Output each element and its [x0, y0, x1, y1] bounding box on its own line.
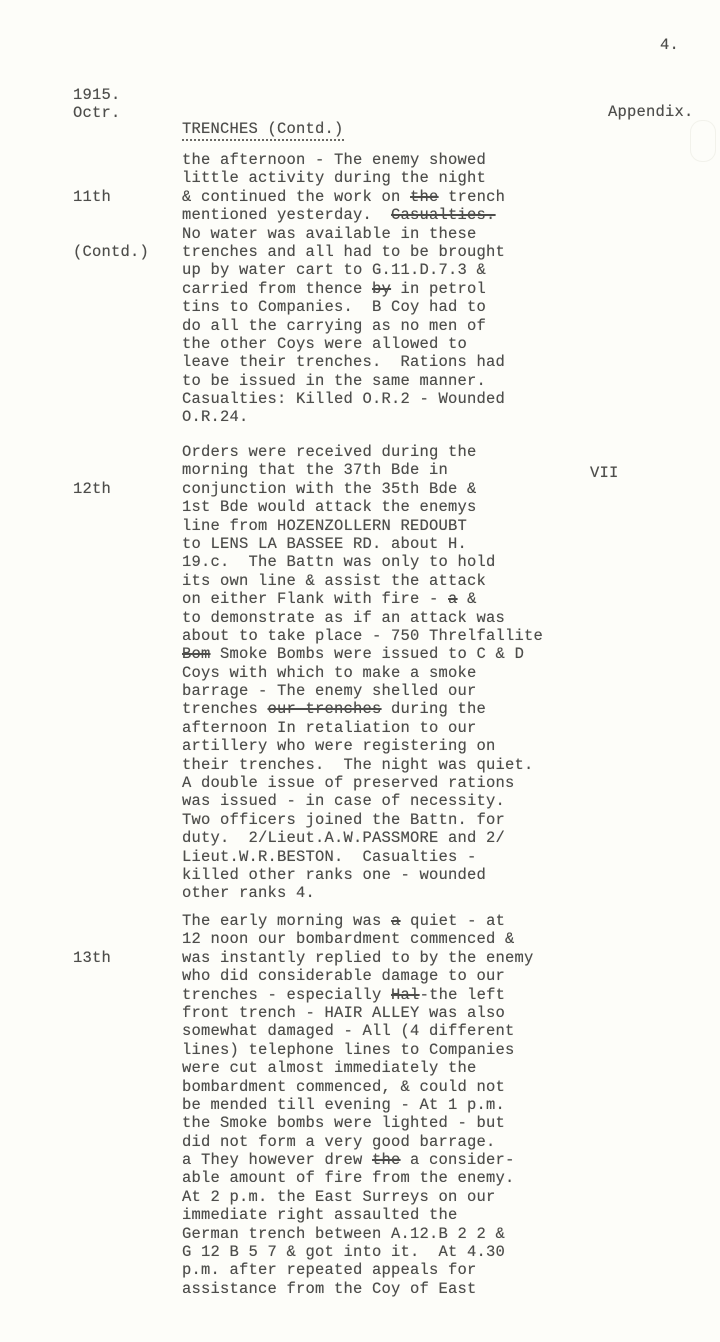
struck-text: Casualties.	[391, 206, 496, 224]
struck-text: a	[448, 590, 458, 608]
text-segment: the Smoke bombs were lighted - but	[182, 1114, 505, 1132]
text-segment: Two officers joined the Battn. for	[182, 811, 505, 829]
text-segment: morning that the 37th Bde in	[182, 461, 448, 479]
text-segment: line from HOZENZOLLERN REDOUBT	[182, 517, 467, 535]
text-line: able amount of fire from the enemy.	[182, 1169, 534, 1187]
text-line: assistance from the Coy of East	[182, 1280, 534, 1298]
text-line: to be issued in the same manner.	[182, 372, 505, 390]
text-segment: duty. 2/Lieut.A.W.PASSMORE and 2/	[182, 829, 505, 847]
text-segment: killed other ranks one - wounded	[182, 866, 486, 884]
text-segment: 12 noon our bombardment commenced &	[182, 930, 515, 948]
text-segment: in petrol	[391, 280, 486, 298]
page-number: 4.	[660, 36, 679, 54]
text-segment: A double issue of preserved rations	[182, 774, 515, 792]
text-segment: 1st Bde would attack the enemys	[182, 498, 477, 516]
struck-text: a	[391, 912, 401, 930]
text-line: tins to Companies. B Coy had to	[182, 298, 505, 316]
text-line: & continued the work on the trench	[182, 188, 505, 206]
text-line: German trench between A.12.B 2 2 &	[182, 1225, 534, 1243]
text-line: its own line & assist the attack	[182, 572, 543, 590]
section-title: TRENCHES (Contd.)	[182, 120, 344, 141]
text-line: Bom Smoke Bombs were issued to C & D	[182, 645, 543, 663]
text-line: Lieut.W.R.BESTON. Casualties -	[182, 848, 543, 866]
text-segment: to LENS LA BASSEE RD. about H.	[182, 535, 467, 553]
struck-text: Hal	[391, 986, 420, 1004]
text-line: front trench - HAIR ALLEY was also	[182, 1004, 534, 1022]
text-line: duty. 2/Lieut.A.W.PASSMORE and 2/	[182, 829, 543, 847]
text-line: 19.c. The Battn was only to hold	[182, 553, 543, 571]
text-segment: the other Coys were allowed to	[182, 335, 467, 353]
text-line: immediate right assaulted the	[182, 1206, 534, 1224]
text-segment: front trench - HAIR ALLEY was also	[182, 1004, 505, 1022]
text-segment: Smoke Bombs were issued to C & D	[211, 645, 525, 663]
text-line: the afternoon - The enemy showed	[182, 151, 505, 169]
text-segment: p.m. after repeated appeals for	[182, 1261, 477, 1279]
text-segment: -the left	[420, 986, 506, 1004]
text-segment: conjunction with the 35th Bde &	[182, 480, 477, 498]
text-line: trenches our trenches during the	[182, 700, 543, 718]
text-line: Orders were received during the	[182, 443, 543, 461]
date-note: (Contd.)	[73, 243, 149, 261]
text-line: 12 noon our bombardment commenced &	[182, 930, 534, 948]
text-segment: the afternoon - The enemy showed	[182, 151, 486, 169]
text-segment: other ranks 4.	[182, 884, 315, 902]
text-line: do all the carrying as no men of	[182, 317, 505, 335]
text-segment: trenches and all had to be brought	[182, 243, 505, 261]
text-line: No water was available in these	[182, 225, 505, 243]
text-segment: mentioned yesterday.	[182, 206, 391, 224]
text-line: morning that the 37th Bde in	[182, 461, 543, 479]
text-segment: were cut almost immediately the	[182, 1059, 477, 1077]
text-segment: No water was available in these	[182, 225, 477, 243]
text-line: A double issue of preserved rations	[182, 774, 543, 792]
text-segment: about to take place - 750 Threlfallite	[182, 627, 543, 645]
text-segment: a They however drew	[182, 1151, 372, 1169]
text-line: other ranks 4.	[182, 884, 543, 902]
text-line: Casualties: Killed O.R.2 - Wounded	[182, 390, 505, 408]
document-page: 4. 1915. Octr. Appendix. TRENCHES (Contd…	[0, 0, 720, 1342]
text-line: little activity during the night	[182, 169, 505, 187]
text-segment: immediate right assaulted the	[182, 1206, 458, 1224]
text-line: killed other ranks one - wounded	[182, 866, 543, 884]
year-label: 1915.	[73, 86, 121, 104]
text-line: afternoon In retaliation to our	[182, 719, 543, 737]
text-line: artillery who were registering on	[182, 737, 543, 755]
text-line: be mended till evening - At 1 p.m.	[182, 1096, 534, 1114]
text-segment: their trenches. The night was quiet.	[182, 756, 534, 774]
text-segment: artillery who were registering on	[182, 737, 496, 755]
text-line: trenches and all had to be brought	[182, 243, 505, 261]
text-segment: At 2 p.m. the East Surreys on our	[182, 1188, 496, 1206]
appendix-column-heading: Appendix.	[608, 103, 694, 121]
text-line: At 2 p.m. the East Surreys on our	[182, 1188, 534, 1206]
text-line: the other Coys were allowed to	[182, 335, 505, 353]
text-segment: carried from thence	[182, 280, 372, 298]
text-segment: did not form a very good barrage.	[182, 1133, 496, 1151]
text-segment: O.R.24.	[182, 408, 249, 426]
text-segment: do all the carrying as no men of	[182, 317, 486, 335]
month-label: Octr.	[73, 104, 121, 122]
entry-body-11th: the afternoon - The enemy showedlittle a…	[182, 151, 505, 427]
text-segment: barrage - The enemy shelled our	[182, 682, 477, 700]
text-segment: tins to Companies. B Coy had to	[182, 298, 486, 316]
text-segment: up by water cart to G.11.D.7.3 &	[182, 261, 486, 279]
text-segment: trenches - especially	[182, 986, 391, 1004]
text-line: were cut almost immediately the	[182, 1059, 534, 1077]
text-line: to LENS LA BASSEE RD. about H.	[182, 535, 543, 553]
text-line: bombardment commenced, & could not	[182, 1078, 534, 1096]
entry-body-12th: Orders were received during themorning t…	[182, 443, 543, 903]
text-line: mentioned yesterday. Casualties.	[182, 206, 505, 224]
text-segment: little activity during the night	[182, 169, 486, 187]
entry-body-13th: The early morning was a quiet - at12 noo…	[182, 912, 534, 1298]
text-segment: Coys with which to make a smoke	[182, 664, 477, 682]
appendix-reference: VII	[590, 464, 619, 482]
text-segment: The early morning was	[182, 912, 391, 930]
text-line: on either Flank with fire - a &	[182, 590, 543, 608]
text-line: p.m. after repeated appeals for	[182, 1261, 534, 1279]
text-segment: to demonstrate as if an attack was	[182, 609, 505, 627]
text-segment: German trench between A.12.B 2 2 &	[182, 1225, 505, 1243]
text-line: was instantly replied to by the enemy	[182, 949, 534, 967]
struck-text: by	[372, 280, 391, 298]
struck-text: the	[372, 1151, 401, 1169]
text-segment: & continued the work on	[182, 188, 410, 206]
text-line: line from HOZENZOLLERN REDOUBT	[182, 517, 543, 535]
text-line: a They however drew the a consider-	[182, 1151, 534, 1169]
struck-text: the	[410, 188, 439, 206]
date-text: 12th	[73, 480, 111, 498]
text-segment: able amount of fire from the enemy.	[182, 1169, 515, 1187]
text-line: conjunction with the 35th Bde &	[182, 480, 543, 498]
text-segment: who did considerable damage to our	[182, 967, 505, 985]
text-line: up by water cart to G.11.D.7.3 &	[182, 261, 505, 279]
text-line: about to take place - 750 Threlfallite	[182, 627, 543, 645]
text-line: 1st Bde would attack the enemys	[182, 498, 543, 516]
text-segment: somewhat damaged - All (4 different	[182, 1022, 515, 1040]
text-segment: trenches	[182, 700, 268, 718]
struck-text: our trenches	[268, 700, 382, 718]
text-segment: bombardment commenced, & could not	[182, 1078, 505, 1096]
text-line: Coys with which to make a smoke	[182, 664, 543, 682]
text-segment: leave their trenches. Rations had	[182, 353, 505, 371]
text-segment: &	[458, 590, 477, 608]
text-line: leave their trenches. Rations had	[182, 353, 505, 371]
text-line: lines) telephone lines to Companies	[182, 1041, 534, 1059]
text-line: O.R.24.	[182, 408, 505, 426]
date-text: 13th	[73, 949, 111, 967]
text-segment: to be issued in the same manner.	[182, 372, 486, 390]
text-segment: trench	[439, 188, 506, 206]
text-line: Two officers joined the Battn. for	[182, 811, 543, 829]
entry-date-11th: 11th (Contd.)	[73, 151, 149, 298]
struck-text: Bom	[182, 645, 211, 663]
entry-date-13th: 13th	[73, 912, 111, 1004]
text-line: barrage - The enemy shelled our	[182, 682, 543, 700]
text-segment: assistance from the Coy of East	[182, 1280, 477, 1298]
text-line: to demonstrate as if an attack was	[182, 609, 543, 627]
text-segment: on either Flank with fire -	[182, 590, 448, 608]
text-line: did not form a very good barrage.	[182, 1133, 534, 1151]
text-line: carried from thence by in petrol	[182, 280, 505, 298]
text-segment: was instantly replied to by the enemy	[182, 949, 534, 967]
text-segment: its own line & assist the attack	[182, 572, 486, 590]
entry-date-12th: 12th	[73, 443, 111, 535]
text-line: who did considerable damage to our	[182, 967, 534, 985]
text-line: somewhat damaged - All (4 different	[182, 1022, 534, 1040]
text-segment: 19.c. The Battn was only to hold	[182, 553, 496, 571]
text-line: their trenches. The night was quiet.	[182, 756, 543, 774]
text-segment: during the	[382, 700, 487, 718]
text-segment: a consider-	[401, 1151, 515, 1169]
text-segment: afternoon In retaliation to our	[182, 719, 477, 737]
faint-stamp-mark	[690, 120, 716, 162]
text-line: G 12 B 5 7 & got into it. At 4.30	[182, 1243, 534, 1261]
text-segment: Orders were received during the	[182, 443, 477, 461]
text-line: the Smoke bombs were lighted - but	[182, 1114, 534, 1132]
date-text: 11th	[73, 188, 149, 206]
text-line: trenches - especially Hal-the left	[182, 986, 534, 1004]
text-segment: quiet - at	[401, 912, 506, 930]
text-line: The early morning was a quiet - at	[182, 912, 534, 930]
text-segment: G 12 B 5 7 & got into it. At 4.30	[182, 1243, 505, 1261]
text-line: was issued - in case of necessity.	[182, 792, 543, 810]
text-segment: Lieut.W.R.BESTON. Casualties -	[182, 848, 477, 866]
text-segment: lines) telephone lines to Companies	[182, 1041, 515, 1059]
text-segment: was issued - in case of necessity.	[182, 792, 505, 810]
text-segment: be mended till evening - At 1 p.m.	[182, 1096, 505, 1114]
text-segment: Casualties: Killed O.R.2 - Wounded	[182, 390, 505, 408]
